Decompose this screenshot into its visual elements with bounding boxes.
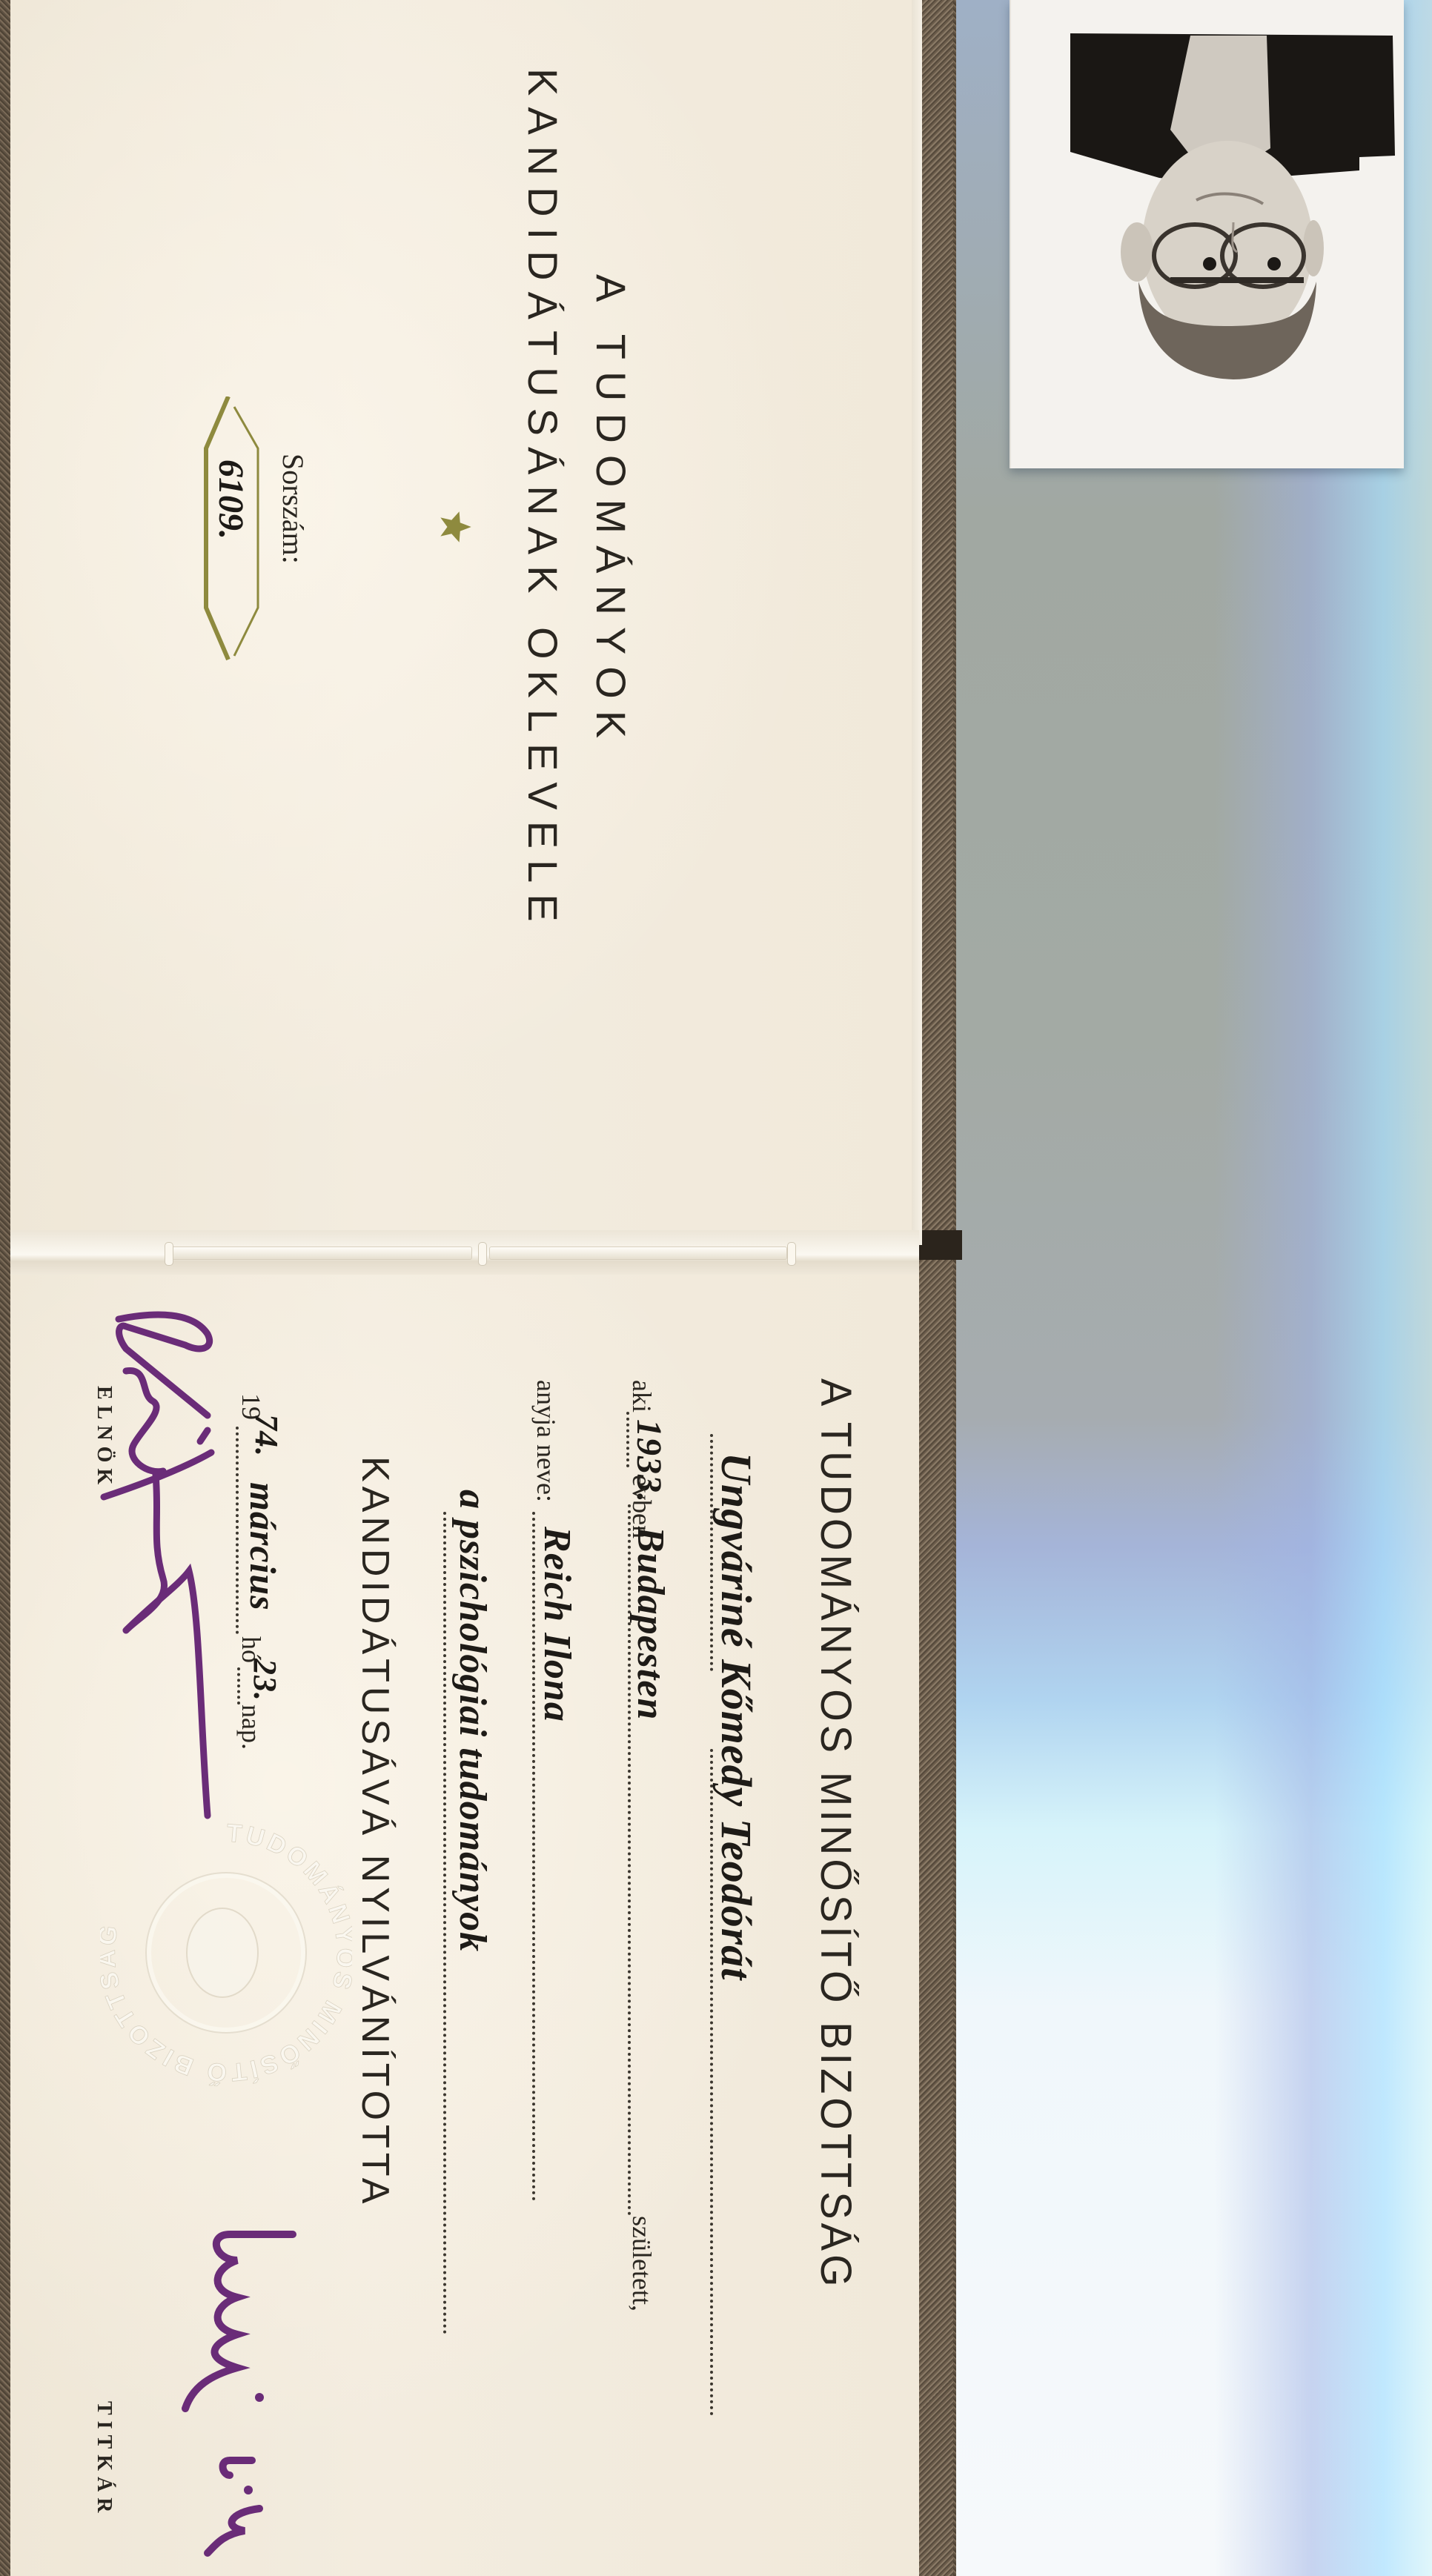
serial-label: Sorszám:: [276, 454, 311, 564]
dotted-line: [236, 1427, 239, 1634]
chair-signature: [96, 1304, 230, 1823]
issuer-heading: A TUDOMÁNYOS MINŐSÍTŐ BIZOTTSÁG: [811, 1378, 861, 2291]
mother-label: anyja neve:: [531, 1380, 562, 1502]
binding-thread: [170, 1246, 472, 1260]
star-icon: [439, 510, 473, 544]
date-year-suffix: 74.: [248, 1414, 285, 1457]
szuletett-label: született,: [626, 2216, 657, 2311]
mother-name: Reich Ilona: [535, 1527, 579, 1722]
birth-place: Budapesten: [629, 1527, 672, 1720]
spine-notch: [918, 1230, 962, 1260]
binding-knot: [165, 1242, 173, 1266]
aki-label: aki: [626, 1380, 657, 1413]
serial-number: 6109.: [211, 459, 251, 540]
embossed-seal: TUDOMÁNYOS MINŐSÍTŐ BIZOTTSÁG: [100, 1819, 352, 2094]
booklet-spine-edge: [918, 0, 953, 2576]
date-day: 23.: [246, 1659, 284, 1702]
field-of-science: a pszichológiai tudományok: [451, 1490, 494, 1952]
secretary-label: TITKÁR: [92, 2401, 116, 2518]
dotted-line: [237, 1667, 240, 1704]
binding-thread: [489, 1246, 787, 1260]
portrait-image: [1011, 0, 1404, 468]
binding-knot: [787, 1242, 796, 1266]
nap-label: nap.: [236, 1704, 267, 1750]
portrait-photo: [1010, 0, 1404, 468]
diploma-title-line2: KANDIDÁTUSÁNAK OKLEVELE: [519, 68, 567, 933]
chair-label: ELNÖK: [92, 1386, 116, 1490]
date-month: március: [242, 1482, 285, 1611]
dotted-line: [443, 1512, 446, 2334]
binding-knot: [478, 1242, 487, 1266]
status-declaration: KANDIDÁTUSÁVÁ NYILVÁNÍTOTTA: [353, 1456, 397, 2208]
recipient-name: Ungváriné Kőmedy Teodórát: [712, 1453, 761, 1980]
left-page: [10, 0, 919, 1245]
diploma-title-line1: A TUDOMÁNYOK: [587, 274, 635, 750]
secretary-signature: [148, 2216, 304, 2557]
